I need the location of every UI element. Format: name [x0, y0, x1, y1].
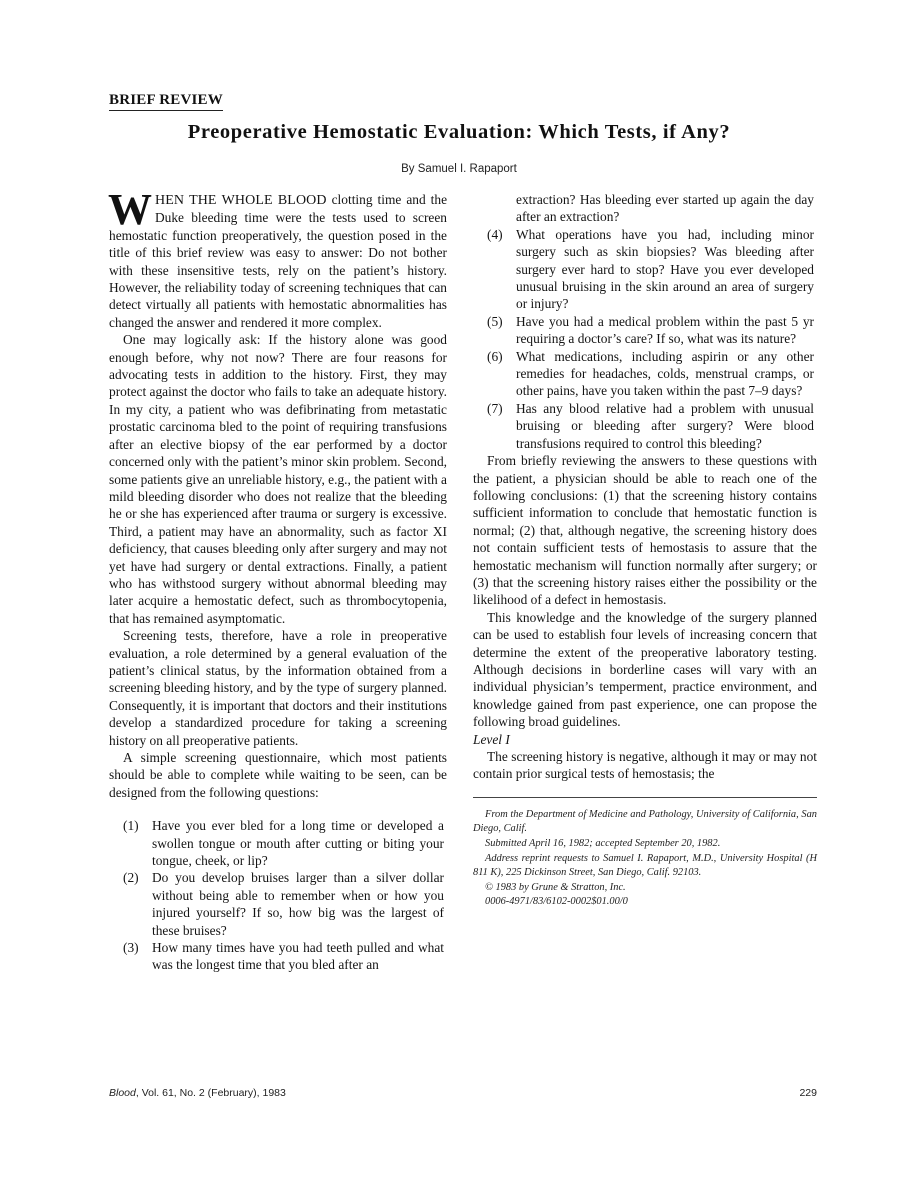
question-text: What operations have you had, including … — [516, 227, 814, 312]
right-column: extraction? Has bleeding ever started up… — [473, 191, 817, 910]
body-paragraph: The screening history is negative, altho… — [473, 748, 817, 783]
journal-name: Blood — [109, 1087, 136, 1099]
question-text: Have you ever bled for a long time or de… — [152, 818, 444, 868]
question-continuation: extraction? Has bleeding ever started up… — [473, 191, 817, 226]
footnotes: From the Department of Medicine and Path… — [473, 808, 817, 910]
body-paragraph: From briefly reviewing the answers to th… — [473, 452, 817, 609]
footnote-reprint-address: Address reprint requests to Samuel I. Ra… — [473, 852, 817, 881]
lead-in: HEN THE WHOLE BLOOD — [155, 193, 327, 208]
question-number: (7) — [487, 400, 503, 417]
question-text: Have you had a medical problem within th… — [516, 314, 814, 346]
body-paragraph: This knowledge and the knowledge of the … — [473, 609, 817, 731]
intro-text: clotting time and the Duke bleeding time… — [109, 192, 447, 330]
body-paragraph: One may logically ask: If the history al… — [109, 331, 447, 627]
question-item: (7)Has any blood relative had a problem … — [473, 400, 817, 452]
subheading-level-1: Level I — [473, 731, 817, 748]
footnote-dates: Submitted April 16, 1982; accepted Septe… — [473, 837, 817, 852]
question-text: What medications, including aspirin or a… — [516, 349, 814, 399]
footnote-affiliation: From the Department of Medicine and Path… — [473, 808, 817, 837]
question-item: (5)Have you had a medical problem within… — [473, 313, 817, 348]
footnote-divider — [473, 797, 817, 798]
question-item: (1)Have you ever bled for a long time or… — [109, 817, 447, 869]
footnote-copyright: © 1983 by Grune & Stratton, Inc. — [473, 881, 817, 896]
left-column: WHEN THE WHOLE BLOOD clotting time and t… — [109, 191, 447, 974]
journal-citation: Blood, Vol. 61, No. 2 (February), 1983 — [109, 1087, 286, 1099]
question-number: (2) — [123, 869, 139, 886]
question-item: (3)How many times have you had teeth pul… — [109, 939, 447, 974]
intro-paragraph: WHEN THE WHOLE BLOOD clotting time and t… — [109, 191, 447, 331]
body-paragraph: A simple screening questionnaire, which … — [109, 749, 447, 801]
question-text: Has any blood relative had a problem wit… — [516, 401, 814, 451]
question-number: (3) — [123, 939, 139, 956]
journal-volume: , Vol. 61, No. 2 (February), 1983 — [136, 1087, 286, 1099]
article-title: Preoperative Hemostatic Evaluation: Whic… — [0, 121, 918, 144]
question-text: How many times have you had teeth pulled… — [152, 940, 444, 972]
question-item: (6)What medications, including aspirin o… — [473, 348, 817, 400]
drop-cap: W — [108, 191, 152, 227]
author-byline: By Samuel I. Rapaport — [0, 163, 918, 175]
question-text: Do you develop bruises larger than a sil… — [152, 870, 444, 937]
question-item: (2)Do you develop bruises larger than a … — [109, 869, 447, 939]
question-list: (1)Have you ever bled for a long time or… — [109, 817, 447, 974]
section-label: BRIEF REVIEW — [109, 92, 223, 111]
question-number: (5) — [487, 313, 503, 330]
footnote-code: 0006-4971/83/6102-0002$01.00/0 — [473, 895, 817, 910]
question-list: (4)What operations have you had, includi… — [473, 226, 817, 452]
question-number: (4) — [487, 226, 503, 243]
page-number: 229 — [780, 1087, 817, 1099]
question-number: (1) — [123, 817, 139, 834]
body-paragraph: Screening tests, therefore, have a role … — [109, 627, 447, 749]
question-item: (4)What operations have you had, includi… — [473, 226, 817, 313]
question-number: (6) — [487, 348, 503, 365]
